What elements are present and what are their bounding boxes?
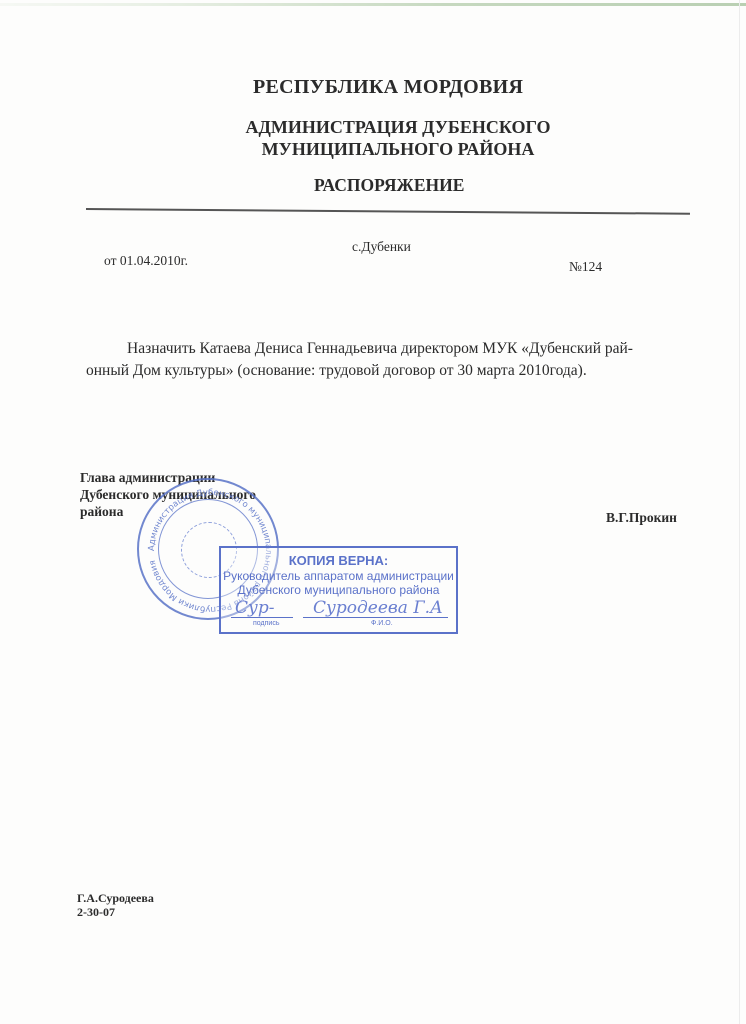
copy-certified-stamp: КОПИЯ ВЕРНА: Руководитель аппаратом адми… [219,546,458,634]
stamp-line1: Руководитель аппаратом администрации [221,569,456,583]
signature-caption: подпись [253,620,279,627]
administration-heading: АДМИНИСТРАЦИЯ ДУБЕНСКОГО МУНИЦИПАЛЬНОГО … [228,116,568,160]
doc-type-heading: РАСПОРЯЖЕНИЕ [314,175,464,196]
stamp-title: КОПИЯ ВЕРНА: [221,553,456,568]
scan-edge-top [0,3,746,6]
order-date: от 01.04.2010г. [104,253,188,269]
signer-name: В.Г.Прокин [606,509,677,526]
order-number: №124 [569,259,602,275]
executor-info: Г.А.Суродеева 2-30-07 [77,891,154,919]
order-body-line2: онный Дом культуры» (основание: трудовой… [86,360,716,382]
header-divider [86,208,690,215]
place: с.Дубенки [352,239,411,255]
republic-heading: РЕСПУБЛИКА МОРДОВИЯ [253,76,523,99]
handwritten-signature: Сур- [235,598,275,618]
order-body: Назначить Катаева Дениса Геннадьевича ди… [86,338,716,382]
name-caption: Ф.И.О. [371,620,393,627]
administration-heading-line1: АДМИНИСТРАЦИЯ ДУБЕНСКОГО [228,116,568,138]
name-line [303,617,448,618]
executor-name: Г.А.Суродеева [77,891,154,905]
stamp-line2: Дубенского муниципального района [221,583,456,597]
executor-phone: 2-30-07 [77,905,154,919]
handwritten-name: Суродеева Г.А [313,598,443,618]
administration-heading-line2: МУНИЦИПАЛЬНОГО РАЙОНА [228,138,568,160]
scan-edge-right [739,0,740,1024]
order-body-line1: Назначить Катаева Дениса Геннадьевича ди… [86,338,716,360]
signature-line [231,617,293,618]
